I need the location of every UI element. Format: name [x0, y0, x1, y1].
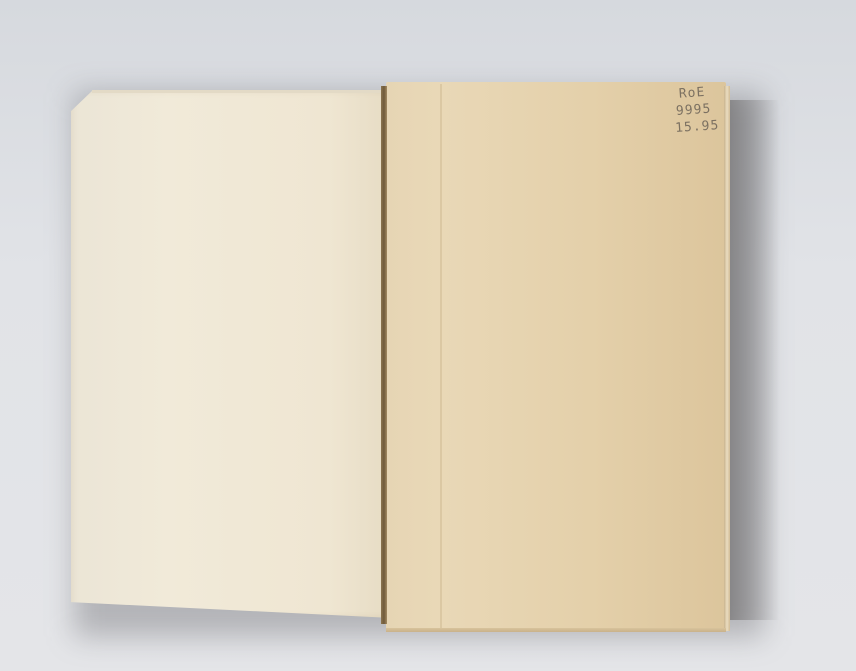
left-page	[71, 90, 393, 618]
right-page-fold-line	[440, 84, 442, 630]
page-stack-bottom	[386, 628, 726, 632]
page-stack-edge	[724, 86, 730, 631]
left-page-top-edge	[92, 90, 392, 93]
handwritten-pencil-note: RoE 9995 15.95	[672, 82, 735, 137]
photo-scene: RoE 9995 15.95	[0, 0, 856, 671]
right-page	[386, 82, 726, 632]
book-gutter	[381, 86, 387, 624]
